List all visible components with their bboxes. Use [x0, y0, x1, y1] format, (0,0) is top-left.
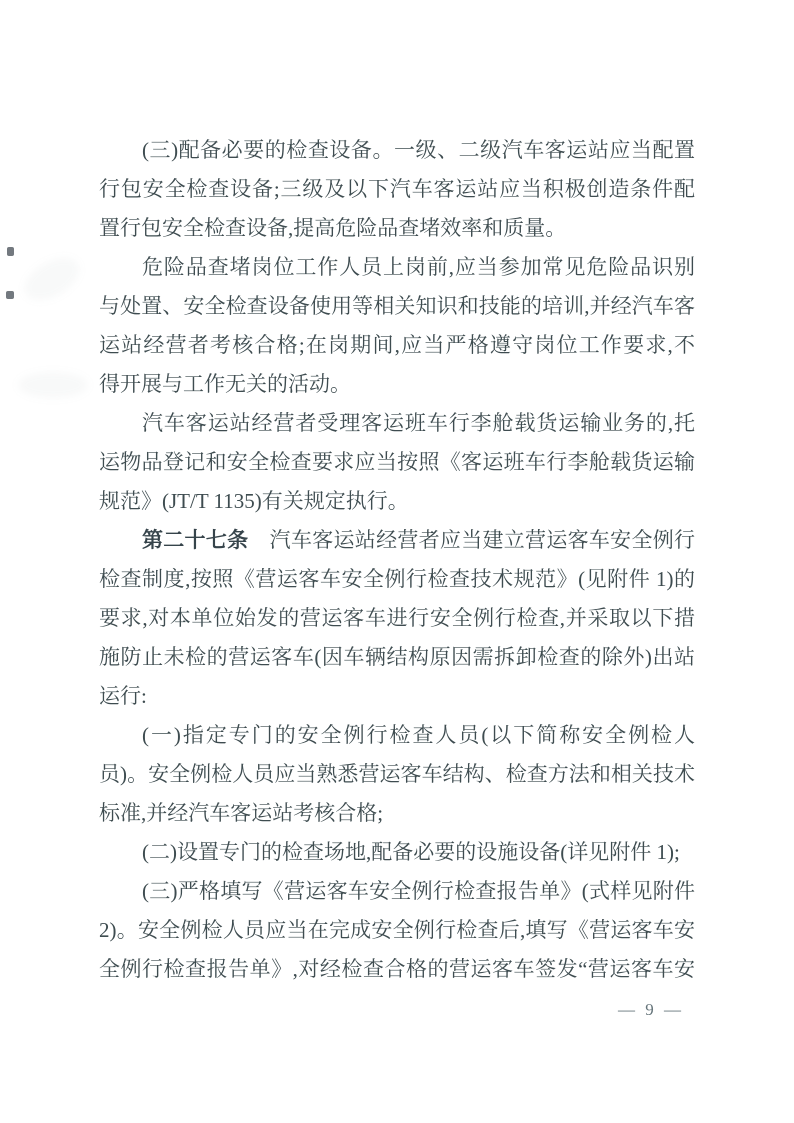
text-line-content: 置行包安全检查设备,提高危险品查堵效率和质量。	[99, 216, 566, 240]
text-line: 得开展与工作无关的活动。	[99, 365, 695, 404]
text-line-content: 运行:	[99, 684, 147, 708]
text-line: (二)设置专门的检查场地,配备必要的设施设备(详见附件 1);	[99, 833, 695, 872]
scan-artifact	[6, 291, 14, 299]
scan-smudge	[18, 249, 87, 308]
text-line-content: (三)配备必要的检查设备。一级、二级汽车客运站应当配置	[142, 138, 695, 162]
text-line: 汽车客运站经营者受理客运班车行李舱载货运输业务的,托	[99, 404, 695, 443]
text-line: (一)指定专门的安全例行检查人员(以下简称安全例检人	[99, 716, 695, 755]
text-line: 检查制度,按照《营运客车安全例行检查技术规范》(见附件 1)的	[99, 560, 695, 599]
text-line-content: 危险品查堵岗位工作人员上岗前,应当参加常见危险品识别	[142, 255, 695, 279]
text-line: 施防止未检的营运客车(因车辆结构原因需拆卸检查的除外)出站	[99, 638, 695, 677]
text-line: 2)。安全例检人员应当在完成安全例行检查后,填写《营运客车安	[99, 911, 695, 950]
text-line: 要求,对本单位始发的营运客车进行安全例行检查,并采取以下措	[99, 599, 695, 638]
text-line: 行包安全检查设备;三级及以下汽车客运站应当积极创造条件配	[99, 170, 695, 209]
scan-smudge	[18, 372, 88, 398]
text-line: 危险品查堵岗位工作人员上岗前,应当参加常见危险品识别	[99, 248, 695, 287]
text-line-content: 行包安全检查设备;三级及以下汽车客运站应当积极创造条件配	[99, 177, 695, 201]
text-line-content: 全例行检查报告单》,对经检查合格的营运客车签发“营运客车安	[99, 957, 695, 981]
text-line-content: 2)。安全例检人员应当在完成安全例行检查后,填写《营运客车安	[99, 918, 695, 942]
text-line: 运物品登记和安全检查要求应当按照《客运班车行李舱载货运输	[99, 443, 695, 482]
text-line-content: 检查制度,按照《营运客车安全例行检查技术规范》(见附件 1)的	[99, 567, 695, 591]
text-line: 规范》(JT/T 1135)有关规定执行。	[99, 482, 695, 521]
text-line: 运行:	[99, 677, 695, 716]
text-line-content: 运物品登记和安全检查要求应当按照《客运班车行李舱载货运输	[99, 450, 695, 474]
text-line: 与处置、安全检查设备使用等相关知识和技能的培训,并经汽车客	[99, 287, 695, 326]
scanned-document-page: (三)配备必要的检查设备。一级、二级汽车客运站应当配置行包安全检查设备;三级及以…	[0, 0, 794, 1123]
text-line: 置行包安全检查设备,提高危险品查堵效率和质量。	[99, 209, 695, 248]
text-line: 员)。安全例检人员应当熟悉营运客车结构、检查方法和相关技术	[99, 755, 695, 794]
document-body: (三)配备必要的检查设备。一级、二级汽车客运站应当配置行包安全检查设备;三级及以…	[99, 131, 695, 989]
text-line-content: 规范》(JT/T 1135)有关规定执行。	[99, 489, 409, 513]
text-line: 标准,并经汽车客运站考核合格;	[99, 794, 695, 833]
text-line: 第二十七条 汽车客运站经营者应当建立营运客车安全例行	[99, 521, 695, 560]
text-line-content: 施防止未检的营运客车(因车辆结构原因需拆卸检查的除外)出站	[99, 645, 695, 669]
text-line-content: (一)指定专门的安全例行检查人员(以下简称安全例检人	[142, 723, 695, 747]
text-line-content: 汽车客运站经营者受理客运班车行李舱载货运输业务的,托	[142, 411, 695, 435]
text-line-content: 得开展与工作无关的活动。	[99, 372, 351, 396]
text-line: (三)严格填写《营运客车安全例行检查报告单》(式样见附件	[99, 872, 695, 911]
text-line-content: 与处置、安全检查设备使用等相关知识和技能的培训,并经汽车客	[99, 294, 695, 318]
text-line-content: (三)严格填写《营运客车安全例行检查报告单》(式样见附件	[142, 879, 695, 903]
text-line-content: 汽车客运站经营者应当建立营运客车安全例行	[248, 528, 695, 552]
scan-artifact	[7, 247, 14, 256]
text-line: 全例行检查报告单》,对经检查合格的营运客车签发“营运客车安	[99, 950, 695, 989]
text-line-content: 要求,对本单位始发的营运客车进行安全例行检查,并采取以下措	[99, 606, 695, 630]
text-line-content: 员)。安全例检人员应当熟悉营运客车结构、检查方法和相关技术	[99, 762, 695, 786]
article-number: 第二十七条	[142, 528, 248, 552]
text-line-content: 标准,并经汽车客运站考核合格;	[99, 801, 383, 825]
page-number: — 9 —	[596, 999, 706, 1021]
text-line: 运站经营者考核合格;在岗期间,应当严格遵守岗位工作要求,不	[99, 326, 695, 365]
text-line: (三)配备必要的检查设备。一级、二级汽车客运站应当配置	[99, 131, 695, 170]
text-line-content: 运站经营者考核合格;在岗期间,应当严格遵守岗位工作要求,不	[99, 333, 695, 357]
text-line-content: (二)设置专门的检查场地,配备必要的设施设备(详见附件 1);	[142, 840, 680, 864]
